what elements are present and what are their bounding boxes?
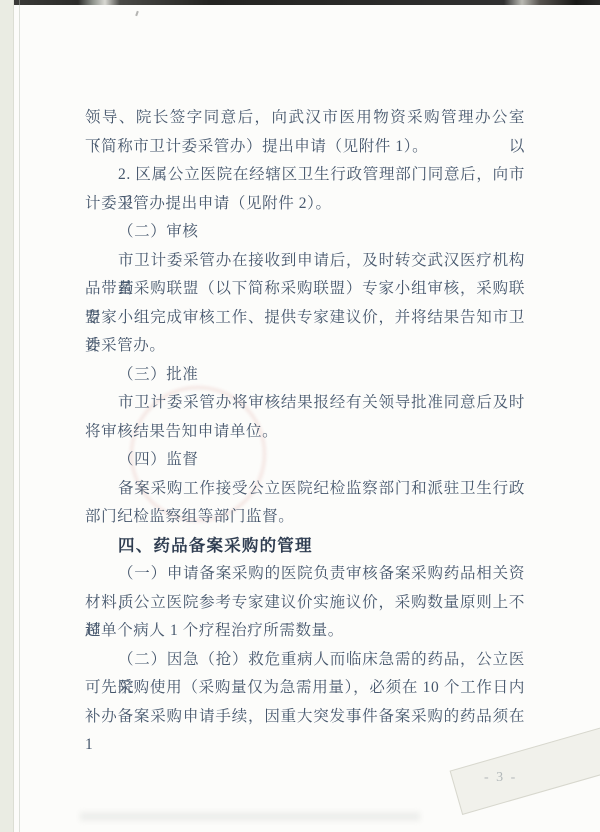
text-line: 部门纪检监察组等部门监督。 — [85, 503, 525, 532]
scan-speck — [135, 11, 139, 16]
text-line: 材料，公立医院参考专家建议价实施议价，采购数量原则上不超 — [85, 589, 525, 618]
scan-top-edge-artifact — [0, 0, 600, 5]
scan-left-fold-line — [19, 0, 20, 832]
text-line: 将审核结果告知申请单位。 — [85, 418, 525, 447]
text-line: 2. 区属公立医院在经辖区卫生行政管理部门同意后，向市卫 — [85, 161, 525, 190]
text-line: 补办备案采购申请手续，因重大突发事件备案采购的药品须在 1 — [85, 703, 525, 732]
text-line: 委采管办。 — [85, 332, 525, 361]
text-line: （二）因急（抢）救危重病人而临床急需的药品，公立医院 — [85, 646, 525, 675]
text-line: 计委采管办提出申请（见附件 2）。 — [85, 190, 525, 219]
section-heading: 四、药品备案采购的管理 — [85, 532, 525, 561]
document-page: 领导、院长签字同意后，向武汉市医用物资采购管理办公室（以 下简称市卫计委采管办）… — [0, 0, 600, 832]
text-line: 可先采购使用（采购量仅为急需用量），必须在 10 个工作日内 — [85, 674, 525, 703]
text-line: 专家小组完成审核工作、提供专家建议价，并将结果告知市卫计 — [85, 304, 525, 333]
text-line: 品带量采购联盟（以下简称采购联盟）专家小组审核，采购联盟 — [85, 275, 525, 304]
text-line: 市卫计委采管办在接收到申请后，及时转交武汉医疗机构药 — [85, 247, 525, 276]
body-text: 领导、院长签字同意后，向武汉市医用物资采购管理办公室（以 下简称市卫计委采管办）… — [85, 104, 525, 731]
text-line: （一）申请备案采购的医院负责审核备案采购药品相关资质 — [85, 560, 525, 589]
scan-bottom-smudge — [80, 812, 420, 821]
scan-left-edge-artifact — [0, 0, 14, 832]
text-line: 市卫计委采管办将审核结果报经有关领导批准同意后及时 — [85, 389, 525, 418]
text-line: 过单个病人 1 个疗程治疗所需数量。 — [85, 617, 525, 646]
text-line: 备案采购工作接受公立医院纪检监察部门和派驻卫生行政 — [85, 475, 525, 504]
subsection-heading: （四）监督 — [85, 446, 525, 475]
subsection-heading: （三）批准 — [85, 361, 525, 390]
subsection-heading: （二）审核 — [85, 218, 525, 247]
text-line: 领导、院长签字同意后，向武汉市医用物资采购管理办公室（以 — [85, 104, 525, 133]
